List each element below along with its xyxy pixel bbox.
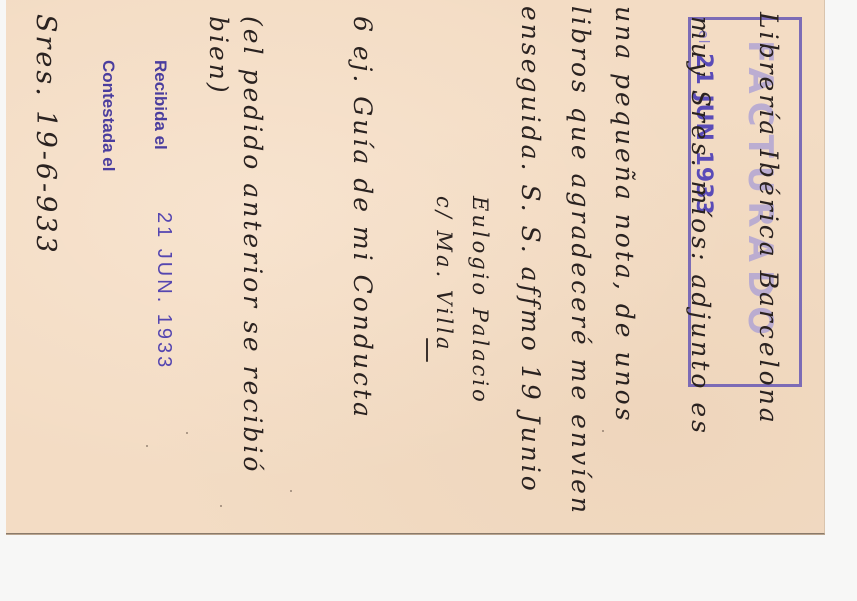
handwriting-line-10: bien) [204, 16, 233, 96]
received-date: 21 JUN. 1933 [152, 212, 175, 370]
paper-speck [602, 430, 604, 432]
handwriting-line-8: 6 ej. Guía de mi Conducta [348, 16, 377, 420]
handwriting-line-4: libros que agradeceré me envíen [566, 6, 595, 516]
handwriting-line-1: Librería Ibérica Barcelona [754, 12, 783, 426]
handwriting-line-9: (el pedido anterior se recibió [238, 16, 267, 474]
handwriting-line-7: c/ Ma. Villa [432, 196, 456, 352]
handwritten-dash [426, 338, 428, 362]
handwriting-line-6: Eulogio Palacio [468, 196, 492, 405]
paper-speck [290, 490, 292, 492]
paper-speck [220, 505, 222, 507]
paper-speck [146, 445, 148, 447]
received-label: Recibida el [150, 60, 170, 150]
paper-speck [186, 432, 188, 434]
handwriting-line-2: muy Sres. míos: adjunto es [686, 16, 715, 436]
handwriting-line-5: enseguida. S. S. affmo 19 Junio [516, 6, 545, 494]
handwriting-line-3: una pequeña nota, de unos [610, 6, 639, 424]
handwriting-line-11: Sres. 19-6-933 [30, 14, 61, 256]
answered-label: Contestada el [98, 60, 118, 171]
postcard: FACTURADO el 21 JUN 1933 Librería Ibéric… [6, 0, 825, 534]
